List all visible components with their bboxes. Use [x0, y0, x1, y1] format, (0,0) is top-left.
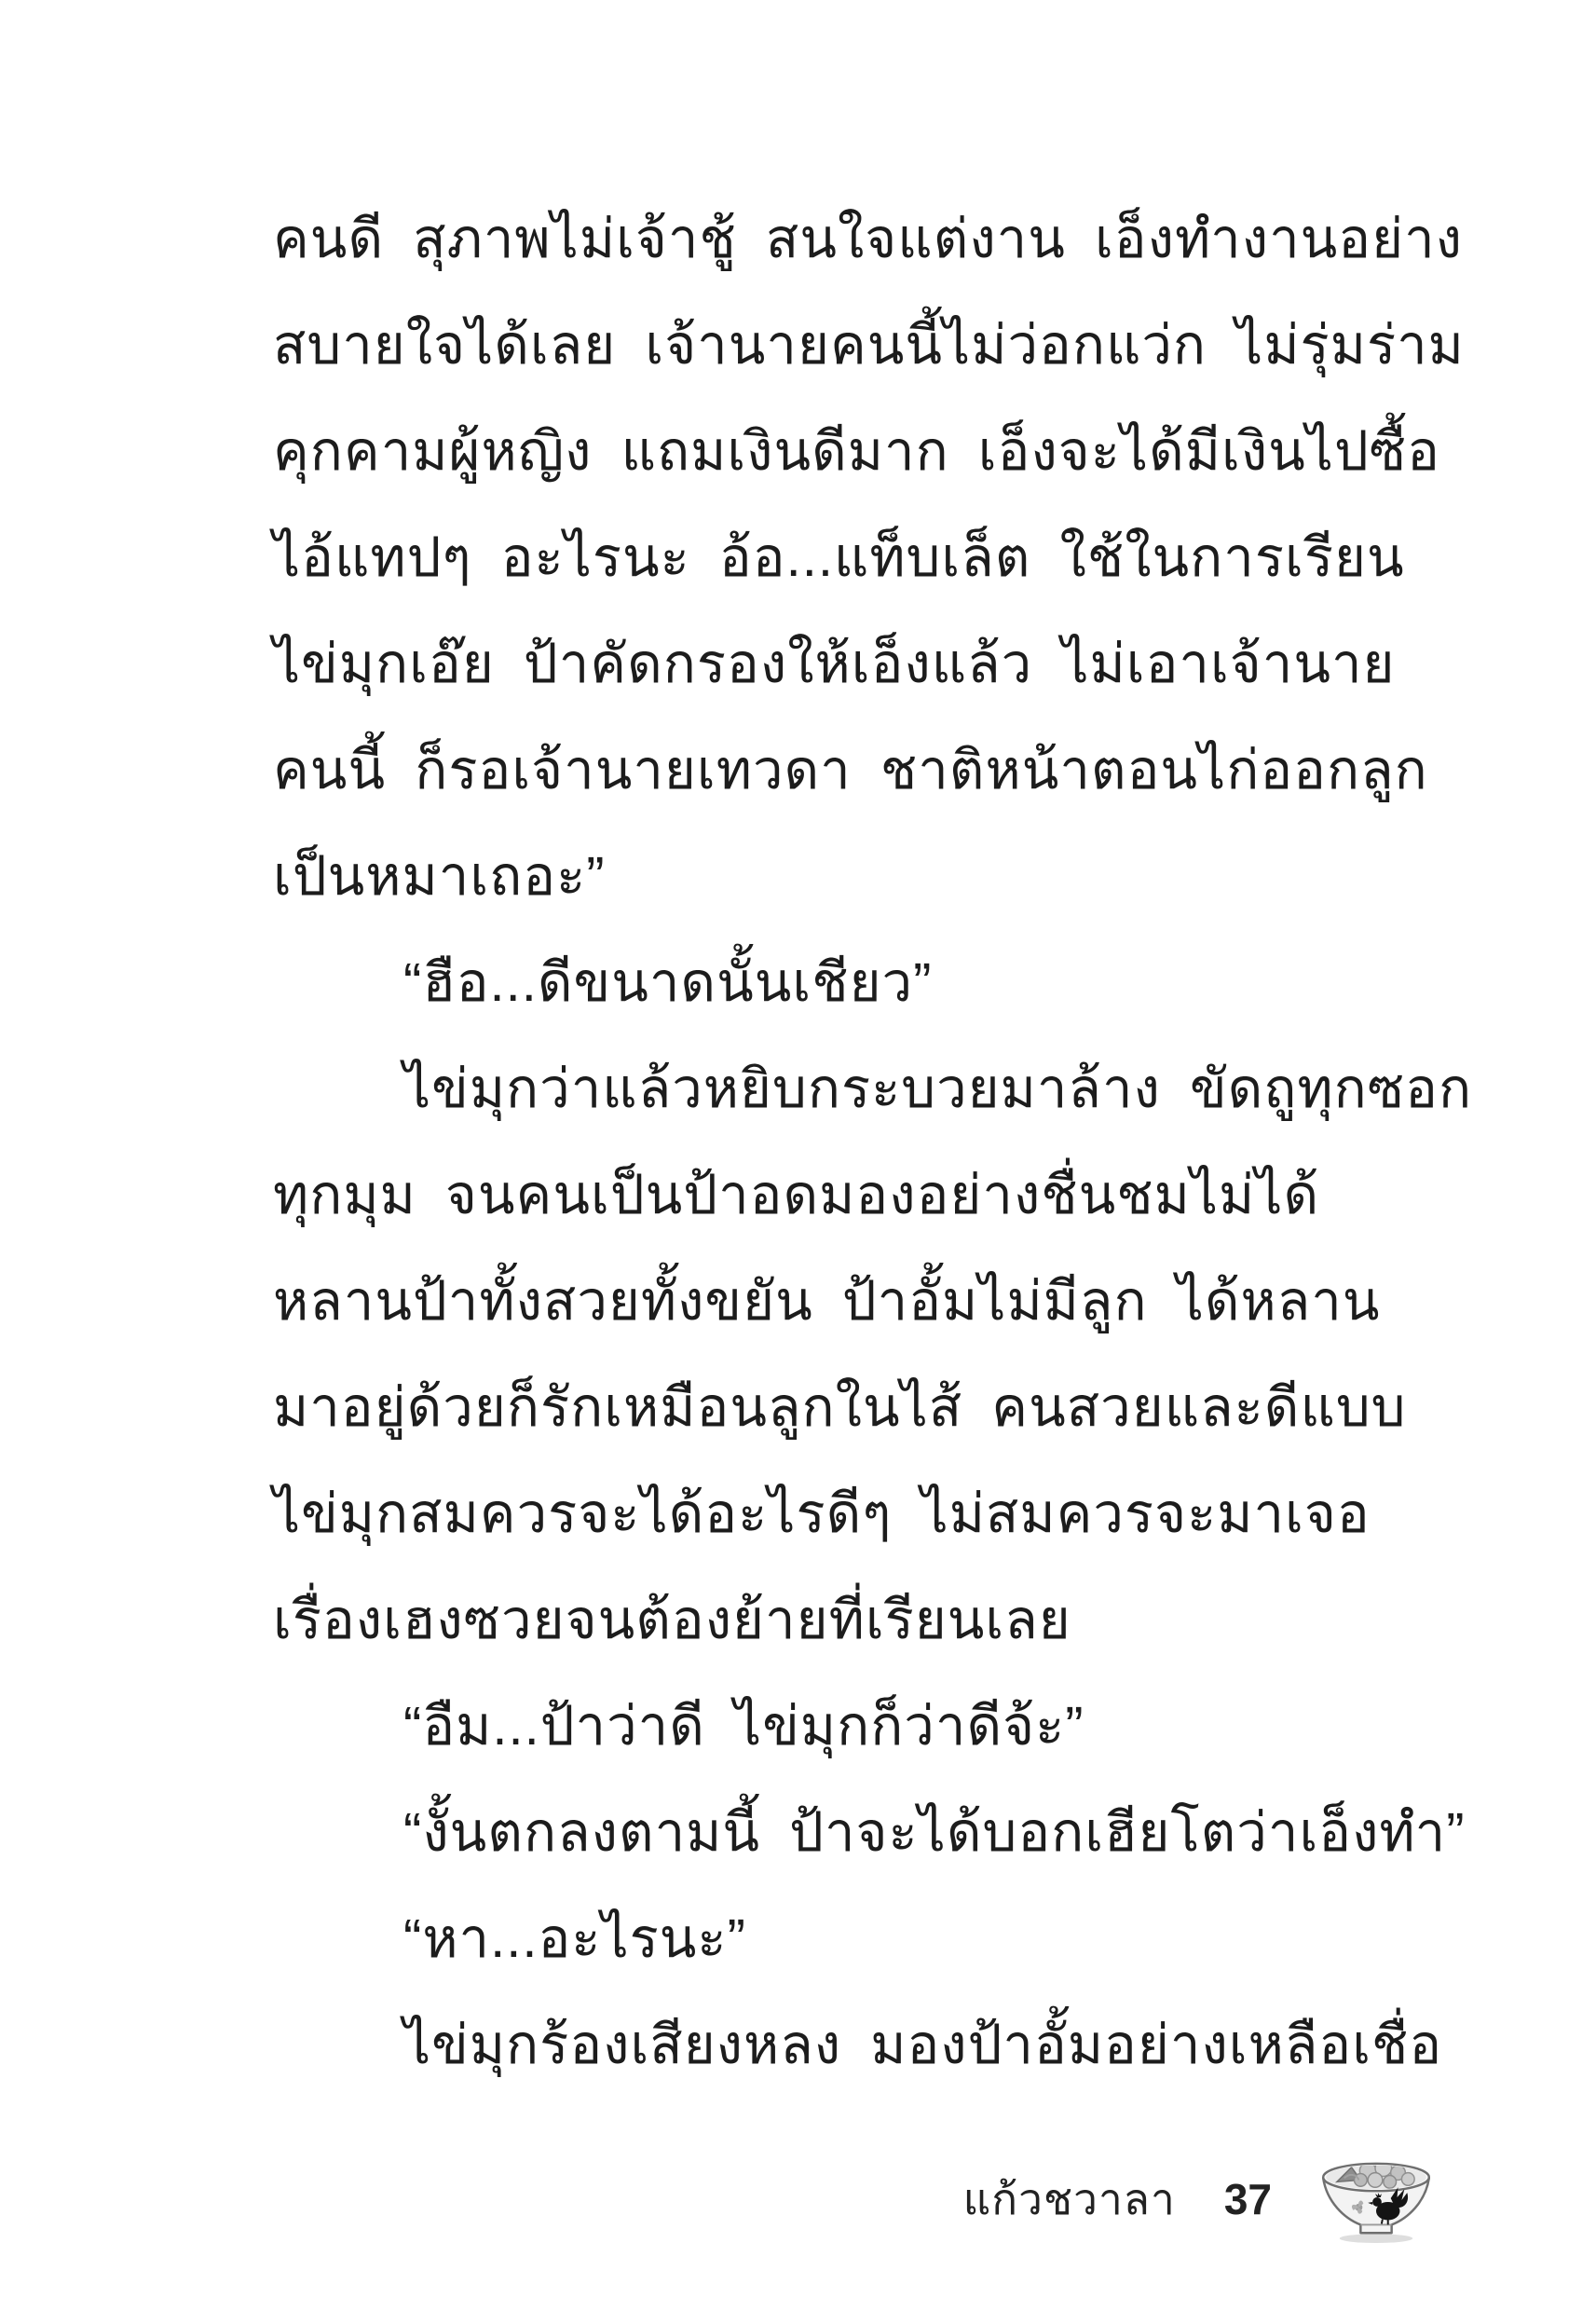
text-line-dialogue: “หา...อะไรนะ”	[273, 1886, 1430, 1992]
text-line: ไข่มุกว่าแล้วหยิบกระบวยมาล้าง ขัดถูทุกซอ…	[273, 1036, 1430, 1142]
text-line: คนดี สุภาพไม่เจ้าชู้ สนใจแต่งาน เอ็งทำงา…	[273, 186, 1430, 293]
text-line: ไข่มุกเอ๊ย ป้าคัดกรองให้เอ็งแล้ว ไม่เอาเ…	[273, 611, 1430, 718]
text-line-dialogue: “อืม...ป้าว่าดี ไข่มุกก็ว่าดีจ้ะ”	[273, 1674, 1430, 1780]
text-line: ไข่มุกร้องเสียงหลง มองป้าอั้มอย่างเหลือเ…	[273, 1992, 1430, 2099]
text-line-dialogue: “ฮือ...ดีขนาดนั้นเชียว”	[273, 930, 1430, 1036]
text-line: มาอยู่ด้วยก็รักเหมือนลูกในไส้ คนสวยและดี…	[273, 1355, 1430, 1461]
noodle-bowl-icon	[1316, 2154, 1436, 2244]
text-line: คนนี้ ก็รอเจ้านายเทวดา ชาติหน้าตอนไก่ออก…	[273, 718, 1430, 824]
text-line: คุกคามผู้หญิง แถมเงินดีมาก เอ็งจะได้มีเง…	[273, 399, 1430, 505]
page-footer: แก้วชวาลา 37	[963, 2154, 1436, 2244]
text-line: ไข่มุกสมควรจะได้อะไรดีๆ ไม่สมควรจะมาเจอ	[273, 1461, 1430, 1567]
book-title: แก้วชวาลา	[963, 2166, 1176, 2234]
text-line: เป็นหมาเถอะ”	[273, 824, 1430, 930]
text-line: ไอ้แทปๆ อะไรนะ อ้อ...แท็บเล็ต ใช้ในการเร…	[273, 505, 1430, 611]
text-line: หลานป้าทั้งสวยทั้งขยัน ป้าอั้มไม่มีลูก ไ…	[273, 1249, 1430, 1355]
text-line: สบายใจได้เลย เจ้านายคนนี้ไม่ว่อกแว่ก ไม่…	[273, 293, 1430, 399]
text-line: ทุกมุม จนคนเป็นป้าอดมองอย่างชื่นชมไม่ได้	[273, 1142, 1430, 1249]
page-number: 37	[1224, 2174, 1272, 2224]
book-page: คนดี สุภาพไม่เจ้าชู้ สนใจแต่งาน เอ็งทำงา…	[0, 0, 1596, 2311]
text-line: เรื่องเฮงซวยจนต้องย้ายที่เรียนเลย	[273, 1567, 1430, 1674]
text-line-dialogue: “งั้นตกลงตามนี้ ป้าจะได้บอกเฮียโตว่าเอ็ง…	[273, 1780, 1430, 1886]
body-text: คนดี สุภาพไม่เจ้าชู้ สนใจแต่งาน เอ็งทำงา…	[273, 186, 1430, 2099]
